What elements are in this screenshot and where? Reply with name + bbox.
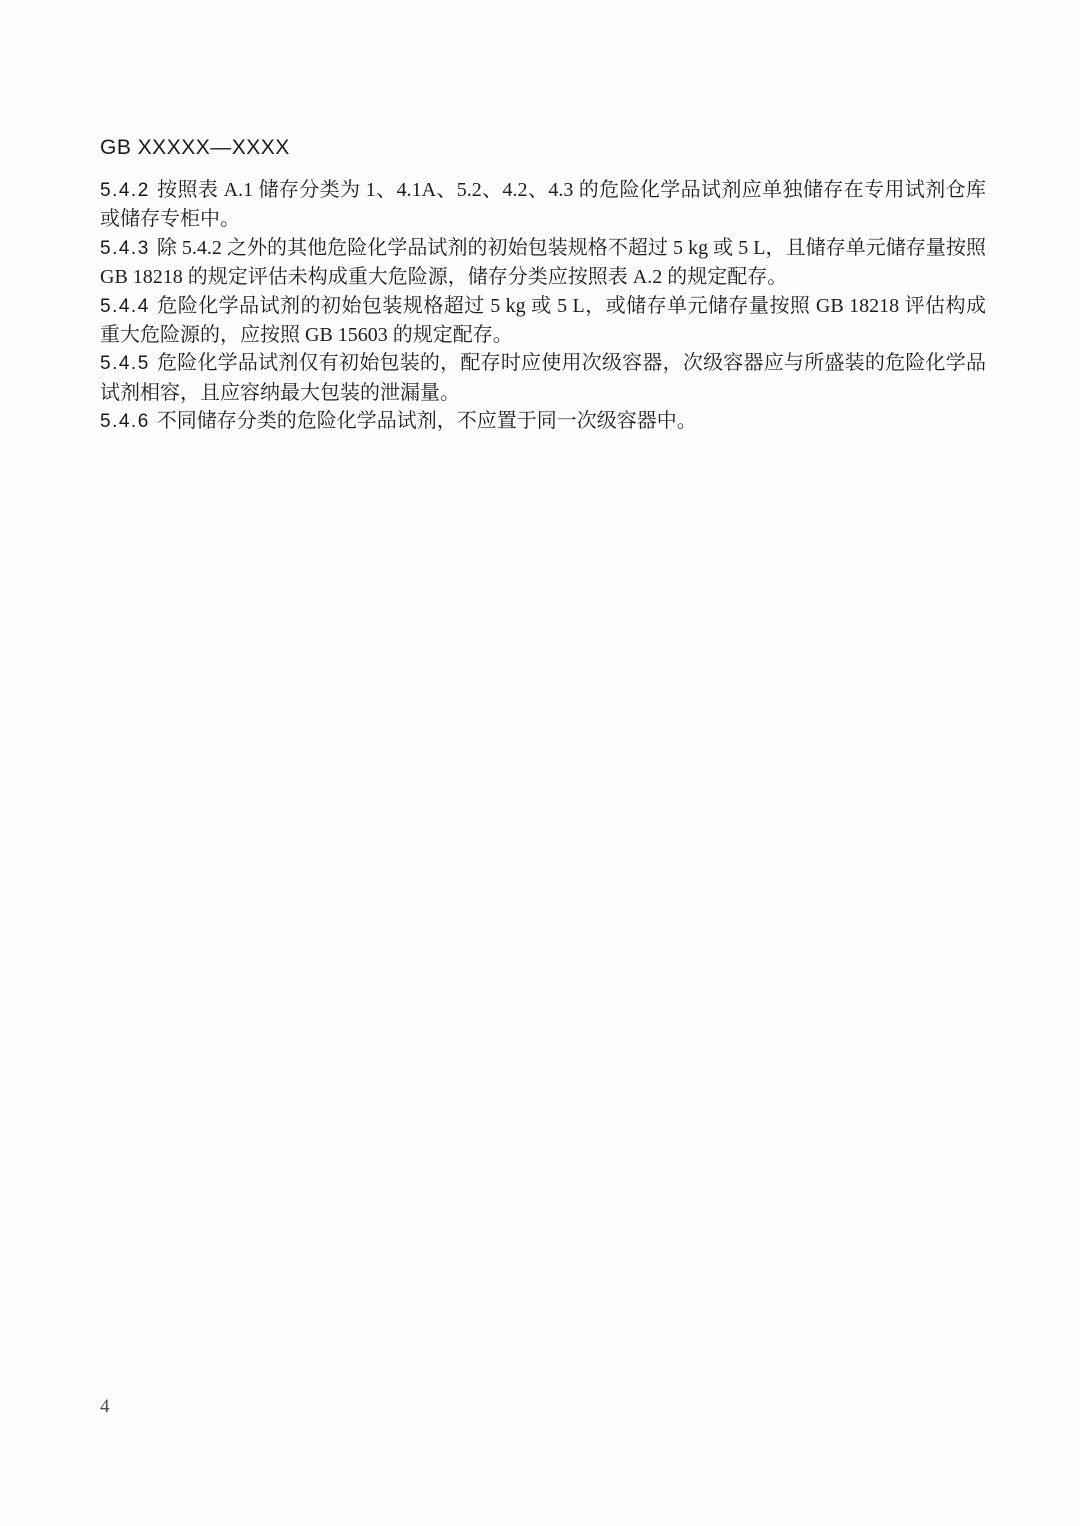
document-page: GB XXXXX—XXXX 5.4.2按照表 A.1 储存分类为 1、4.1A、… [0, 0, 1080, 1526]
clause-number: 5.4.4 [100, 296, 150, 317]
clause-5-4-3: 5.4.3除 5.4.2 之外的其他危险化学品试剂的初始包装规格不超过 5 kg… [100, 234, 986, 292]
page-number: 4 [100, 1396, 110, 1418]
clause-body: 不同储存分类的危险化学品试剂，不应置于同一次级容器中。 [157, 410, 697, 432]
clause-5-4-5: 5.4.5危险化学品试剂仅有初始包装的，配存时应使用次级容器，次级容器应与所盛装… [100, 349, 986, 407]
clause-body: 危险化学品试剂的初始包装规格超过 5 kg 或 5 L，或储存单元储存量按照 G… [100, 295, 986, 346]
clause-number: 5.4.3 [100, 238, 150, 259]
clause-number: 5.4.6 [100, 411, 150, 432]
clause-5-4-4: 5.4.4危险化学品试剂的初始包装规格超过 5 kg 或 5 L，或储存单元储存… [100, 292, 986, 350]
standard-number-header: GB XXXXX—XXXX [100, 136, 290, 160]
clause-number: 5.4.2 [100, 180, 150, 201]
clause-body: 除 5.4.2 之外的其他危险化学品试剂的初始包装规格不超过 5 kg 或 5 … [100, 237, 986, 288]
clause-number: 5.4.5 [100, 353, 150, 374]
clause-text-block: 5.4.2按照表 A.1 储存分类为 1、4.1A、5.2、4.2、4.3 的危… [100, 176, 986, 437]
clause-body: 按照表 A.1 储存分类为 1、4.1A、5.2、4.2、4.3 的危险化学品试… [100, 179, 986, 230]
clause-5-4-6: 5.4.6不同储存分类的危险化学品试剂，不应置于同一次级容器中。 [100, 407, 986, 436]
clause-5-4-2: 5.4.2按照表 A.1 储存分类为 1、4.1A、5.2、4.2、4.3 的危… [100, 176, 986, 234]
clause-body: 危险化学品试剂仅有初始包装的，配存时应使用次级容器，次级容器应与所盛装的危险化学… [100, 352, 986, 403]
